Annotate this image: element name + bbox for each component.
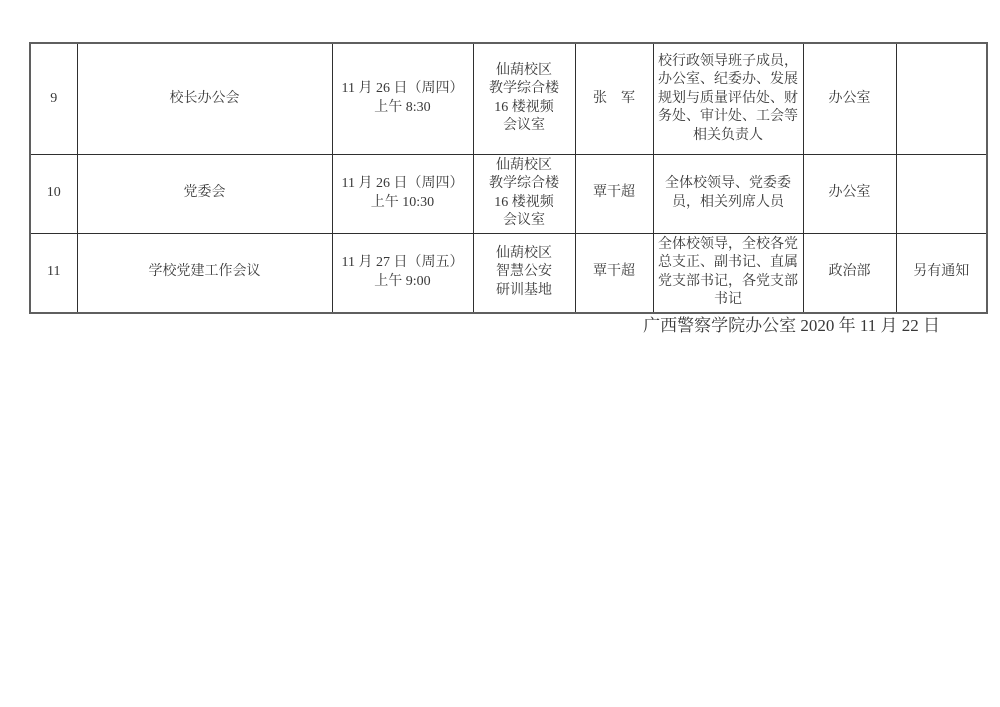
table-row: 10 党委会 11 月 26 日（周四） 上午 10:30 仙葫校区 教学综合楼… <box>30 154 987 233</box>
meeting-schedule-table: 9 校长办公会 11 月 26 日（周四） 上午 8:30 仙葫校区 教学综合楼… <box>29 42 988 314</box>
location-cell: 仙葫校区 教学综合楼 16 楼视频 会议室 <box>473 43 575 154</box>
organizer-cell: 政治部 <box>803 233 896 313</box>
note-cell <box>896 43 987 154</box>
host-cell: 张 军 <box>575 43 653 154</box>
table-row: 9 校长办公会 11 月 26 日（周四） 上午 8:30 仙葫校区 教学综合楼… <box>30 43 987 154</box>
meeting-name-cell: 学校党建工作会议 <box>77 233 332 313</box>
host-cell: 覃干超 <box>575 233 653 313</box>
location-cell: 仙葫校区 教学综合楼 16 楼视频 会议室 <box>473 154 575 233</box>
note-cell: 另有通知 <box>896 233 987 313</box>
organizer-cell: 办公室 <box>803 154 896 233</box>
seq-cell: 11 <box>30 233 77 313</box>
location-cell: 仙葫校区 智慧公安 研训基地 <box>473 233 575 313</box>
seq-cell: 9 <box>30 43 77 154</box>
participants-cell: 全体校领导、党委委员，相关列席人员 <box>653 154 803 233</box>
participants-cell: 全体校领导，全校各党总支正、副书记、直属党支部书记，各党支部书记 <box>653 233 803 313</box>
organizer-cell: 办公室 <box>803 43 896 154</box>
meeting-name-cell: 校长办公会 <box>77 43 332 154</box>
table-row: 11 学校党建工作会议 11 月 27 日（周五） 上午 9:00 仙葫校区 智… <box>30 233 987 313</box>
host-cell: 覃干超 <box>575 154 653 233</box>
meeting-name-cell: 党委会 <box>77 154 332 233</box>
datetime-cell: 11 月 26 日（周四） 上午 10:30 <box>332 154 473 233</box>
document-page: 9 校长办公会 11 月 26 日（周四） 上午 8:30 仙葫校区 教学综合楼… <box>0 0 1000 707</box>
datetime-cell: 11 月 27 日（周五） 上午 9:00 <box>332 233 473 313</box>
signature-date-line: 广西警察学院办公室 2020 年 11 月 22 日 <box>0 313 986 339</box>
seq-cell: 10 <box>30 154 77 233</box>
datetime-cell: 11 月 26 日（周四） 上午 8:30 <box>332 43 473 154</box>
note-cell <box>896 154 987 233</box>
participants-cell: 校行政领导班子成员，办公室、纪委办、发展规划与质量评估处、财务处、审计处、工会等… <box>653 43 803 154</box>
